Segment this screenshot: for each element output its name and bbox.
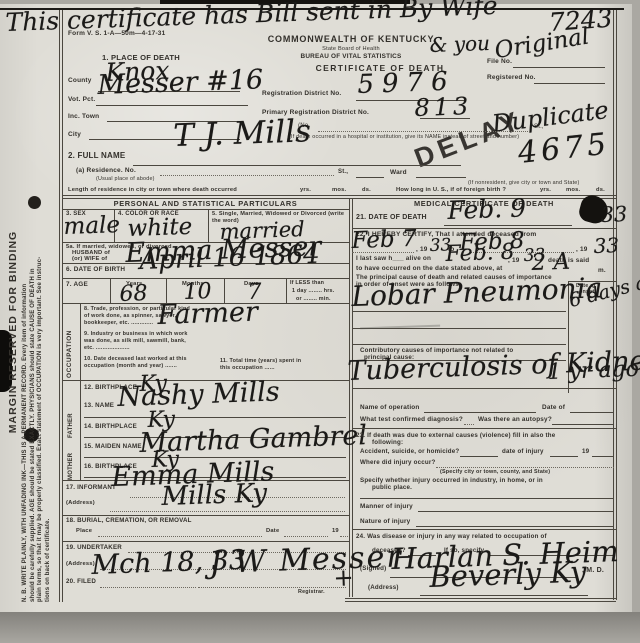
date-of-death-year-value: 33	[600, 202, 628, 227]
attended-from-line	[352, 252, 414, 253]
bottom-rule-1	[345, 598, 616, 599]
attended-to-19: , 19	[576, 246, 587, 254]
binding-note-line4: tions on back of certificate.	[45, 62, 53, 602]
residence-st-line	[356, 177, 384, 178]
cause-line	[352, 311, 566, 312]
burial-place-line	[98, 536, 262, 537]
binding-note-line2: should be carefully supplied. AGE should…	[30, 62, 38, 602]
burial-place-label: Place	[76, 528, 92, 535]
nature-injury-line	[416, 526, 614, 527]
trade-value: Farmer	[157, 297, 258, 331]
date-of-death-label: 21. DATE OF DEATH	[356, 214, 427, 223]
father-name-value: Nashy Mills	[117, 376, 280, 413]
manner-injury-line	[418, 511, 614, 512]
margin-rule-inner	[62, 10, 63, 602]
registered-no-label: Registered No.	[487, 74, 536, 82]
voting-precinct-value: Messer #16	[97, 64, 264, 101]
operation-label: Name of operation	[360, 404, 420, 412]
filed-line	[100, 587, 196, 588]
injury-date-label: date of injury	[502, 448, 544, 456]
full-name-value: T J. Mills	[173, 113, 312, 154]
informant-address-value: Mills Ky	[161, 478, 268, 512]
full-name-line	[133, 165, 461, 166]
accident-line	[460, 456, 498, 457]
operation-line	[424, 412, 536, 413]
primary-district-line	[420, 118, 470, 119]
county-label: County	[68, 77, 92, 85]
age-less-line3: or ........ min.	[296, 296, 331, 303]
form-right-rule-outer	[616, 10, 617, 600]
test-row-bottom	[352, 428, 616, 429]
nonresident-note: (If nonresident, give city or town and S…	[468, 180, 579, 187]
attended-to-year: 33	[593, 233, 619, 258]
date-of-death-line	[444, 225, 572, 226]
q23-line2: following:	[372, 439, 403, 447]
paper-bottom-shadow	[0, 612, 640, 643]
industry-note-line	[360, 498, 614, 499]
last-saw-date: Feb. 8	[445, 240, 515, 267]
voting-precinct-line	[96, 105, 248, 106]
sex-row-top	[62, 209, 349, 210]
personal-section-title: PERSONAL AND STATISTICAL PARTICULARS	[62, 199, 349, 208]
bottom-rule-2	[345, 601, 616, 602]
column-divider-outer	[349, 198, 350, 597]
howlong-ds-label: ds.	[596, 187, 605, 194]
binding-note-line1: N. B. WRITE PLAINLY, WITH UNFADING INK—T…	[22, 62, 30, 602]
autopsy-label: Was there an autopsy?	[478, 416, 552, 424]
board-subtitle: State Board of Health	[232, 46, 470, 53]
parent-side-box	[80, 380, 81, 480]
contributory-onset-value: 1 yr ago	[547, 357, 639, 385]
age-label: 7. AGE	[66, 281, 88, 289]
column-divider-inner	[352, 198, 353, 597]
registrar-signature: J W Messer	[209, 539, 403, 581]
burial-date-label: Date	[266, 528, 279, 535]
sex-value: male	[63, 212, 120, 240]
section-divider-top	[62, 195, 616, 196]
registration-district-label: Registration District No.	[262, 90, 341, 98]
ward-label: Ward	[390, 169, 407, 177]
residence-line	[160, 175, 334, 176]
residence-label: (a) Residence. No.	[76, 167, 136, 175]
autopsy-line	[552, 424, 614, 425]
test-line	[464, 424, 474, 425]
mother-maiden-label: 15. MAIDEN NAME	[84, 443, 142, 451]
father-name-line	[84, 417, 346, 418]
injury-19-label: 19	[582, 448, 589, 456]
binding-margin-title: MARGIN RESERVED FOR BINDING	[7, 62, 20, 602]
occurred-statement: to have occurred on the date stated abov…	[356, 265, 502, 273]
burial-year-label: 19	[332, 528, 339, 535]
death-certificate-scan: This certificate has Bill sent in By Wif…	[0, 0, 640, 643]
accident-label: Accident, suicide, or homicide?	[360, 448, 459, 456]
operation-date-label: Date of	[542, 404, 565, 412]
industry-note-line2: public place.	[372, 484, 412, 492]
informant-bottom	[62, 515, 349, 516]
physician-address-label: (Address)	[368, 584, 399, 592]
mother-side-label: MOTHER	[68, 436, 76, 480]
age-less-line1: If LESS than	[290, 280, 324, 287]
test-label: What test confirmed diagnosis?	[360, 416, 463, 424]
street-no-line	[318, 131, 530, 132]
occupation-side-box	[80, 303, 81, 380]
registrar-label: Registrar.	[298, 589, 325, 596]
cause-blank-line2	[352, 344, 566, 345]
howlong-mos-label: mos.	[566, 187, 580, 194]
manner-injury-label: Manner of injury	[360, 503, 413, 511]
industry-label: 9. Industry or business in which work wa…	[84, 331, 196, 351]
contributory-line	[352, 388, 616, 389]
voting-precinct-label: Vot. Pct.	[68, 96, 95, 104]
abode-note: (Usual place of abode)	[96, 176, 155, 183]
age-div1	[110, 278, 111, 303]
date-of-death-value: Feb. 9	[447, 193, 527, 225]
informant-address-label: (Address)	[66, 500, 95, 507]
burial-label: 18. BURIAL, CREMATION, OR REMOVAL	[66, 517, 192, 525]
operation-date-line	[570, 412, 614, 413]
informant-label: 17. INFORMANT	[66, 484, 116, 492]
burial-year-line	[340, 536, 348, 537]
form-number: Form V. S. 1-A—50m—4-17-31	[68, 30, 165, 38]
attended-from-19: , 19	[416, 246, 427, 254]
full-name-label: 2. FULL NAME	[68, 151, 125, 161]
dob-value: April 16 1864	[139, 240, 320, 276]
margin-rule-outer	[59, 10, 60, 602]
registered-no-line	[534, 83, 605, 84]
ward-line	[416, 177, 466, 178]
howlong-yrs-label: yrs.	[540, 187, 551, 194]
attended-from-value: Feb 7	[351, 226, 417, 254]
father-name-label: 13. NAME	[84, 402, 114, 410]
last-worked-label: 10. Date deceased last worked at this oc…	[84, 356, 202, 370]
city-label: City	[68, 131, 81, 139]
length-mos-label: mos.	[332, 187, 346, 194]
age-less-line2: 1 day ........ hrs.	[292, 288, 334, 295]
occupation-side-label: OCCUPATION	[66, 303, 74, 378]
physician-address-value: Beverly Ky	[429, 555, 587, 594]
residence-st-label: St.,	[338, 169, 348, 177]
commonwealth-title: COMMONWEALTH OF KENTUCKY	[232, 34, 470, 45]
dob-label: 6. DATE OF BIRTH	[66, 266, 125, 274]
q24-top-line	[352, 529, 616, 530]
inc-town-label: Inc. Town	[68, 113, 99, 121]
file-no-line	[513, 67, 605, 68]
binding-note-line3: plain terms, so that it may be properly …	[37, 62, 45, 602]
burial-date-line	[284, 536, 328, 537]
length-ds-label: ds.	[362, 187, 371, 194]
injury-date-line	[550, 456, 578, 457]
header-center: COMMONWEALTH OF KENTUCKY State Board of …	[232, 34, 470, 61]
street-label: St.,	[534, 124, 544, 132]
binding-margin-text: MARGIN RESERVED FOR BINDING N. B. WRITE …	[7, 62, 52, 602]
hospital-note: (If death occurred in a hospital or inst…	[289, 134, 519, 141]
length-yrs-label: yrs.	[300, 187, 311, 194]
registrar-line	[198, 587, 346, 588]
last-saw-19: , 19	[508, 257, 519, 265]
father-birthplace-label: 14. BIRTHPLACE	[84, 423, 137, 431]
where-injury-label: Where did injury occur?	[360, 459, 435, 467]
age-div4	[286, 278, 287, 303]
where-injury-line	[436, 467, 614, 468]
informant-address-line	[110, 511, 345, 512]
length-residence-label: Length of residence in city or town wher…	[68, 187, 237, 194]
physician-address-line	[420, 595, 588, 596]
how-long-us-label: How long in U. S., if of foreign birth ?	[396, 187, 506, 194]
injury-19-line	[592, 456, 614, 457]
last-saw-statement: I last saw h___ alive on	[356, 255, 431, 263]
nature-injury-label: Nature of injury	[360, 518, 410, 526]
specify-note: (Specify city or town, county, and State…	[440, 469, 550, 476]
total-time-label: 11. Total time (years) spent in this occ…	[220, 358, 304, 372]
bureau-subtitle: BUREAU OF VITAL STATISTICS	[232, 53, 470, 61]
father-side-label: FATHER	[68, 398, 76, 438]
